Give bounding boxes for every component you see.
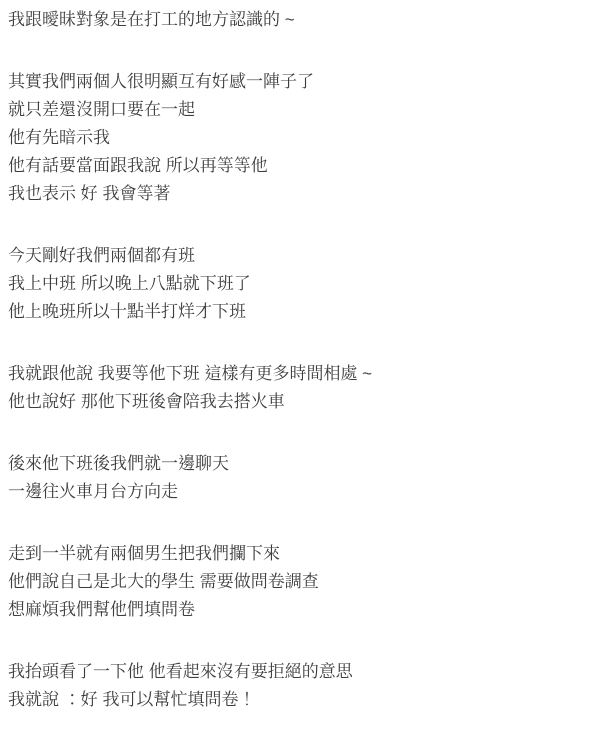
text-line: 今天剛好我們兩個都有班 [8,246,195,265]
text-line: 他上晚班所以十點半打烊才下班 [8,302,246,321]
text-line: 走到一半就有兩個男生把我們攔下來 [8,544,280,563]
text-line: 他們說自己是北大的學生 需要做問卷調查 [8,572,319,591]
text-line: 後來他下班後我們就一邊聊天 [8,454,229,473]
text-line: 一邊往火車月台方向走 [8,482,178,501]
paragraph: 我就跟他說 我要等他下班 這樣有更多時間相處 ~他也說好 那他下班後會陪我去搭火… [8,360,606,416]
text-line: 我抬頭看了一下他 他看起來沒有要拒絕的意思 [8,662,353,681]
text-line: 就只差還沒開口要在一起 [8,100,195,119]
text-line: 想麻煩我們幫他們填問卷 [8,600,195,619]
text-line: 我也表示 好 我會等著 [8,184,170,203]
text-line: 他有先暗示我 [8,128,110,147]
text-line: 我就說 ：好 我可以幫忙填問卷！ [8,690,255,709]
paragraph: 其實我們兩個人很明顯互有好感一陣子了就只差還沒開口要在一起他有先暗示我他有話要當… [8,68,606,208]
paragraph: 我抬頭看了一下他 他看起來沒有要拒絕的意思我就說 ：好 我可以幫忙填問卷！ [8,658,606,714]
paragraph: 今天剛好我們兩個都有班我上中班 所以晚上八點就下班了他上晚班所以十點半打烊才下班 [8,242,606,326]
text-line: 他有話要當面跟我說 所以再等等他 [8,156,268,175]
text-line: 我上中班 所以晚上八點就下班了 [8,274,251,293]
post-body: 我跟曖昧對象是在打工的地方認識的 ~其實我們兩個人很明顯互有好感一陣子了就只差還… [0,0,614,714]
text-line: 其實我們兩個人很明顯互有好感一陣子了 [8,72,314,91]
paragraph: 我跟曖昧對象是在打工的地方認識的 ~ [8,6,606,34]
paragraph: 走到一半就有兩個男生把我們攔下來他們說自己是北大的學生 需要做問卷調查想麻煩我們… [8,540,606,624]
paragraph: 後來他下班後我們就一邊聊天一邊往火車月台方向走 [8,450,606,506]
text-line: 我跟曖昧對象是在打工的地方認識的 ~ [8,10,295,29]
text-line: 他也說好 那他下班後會陪我去搭火車 [8,392,285,411]
text-line: 我就跟他說 我要等他下班 這樣有更多時間相處 ~ [8,364,372,383]
